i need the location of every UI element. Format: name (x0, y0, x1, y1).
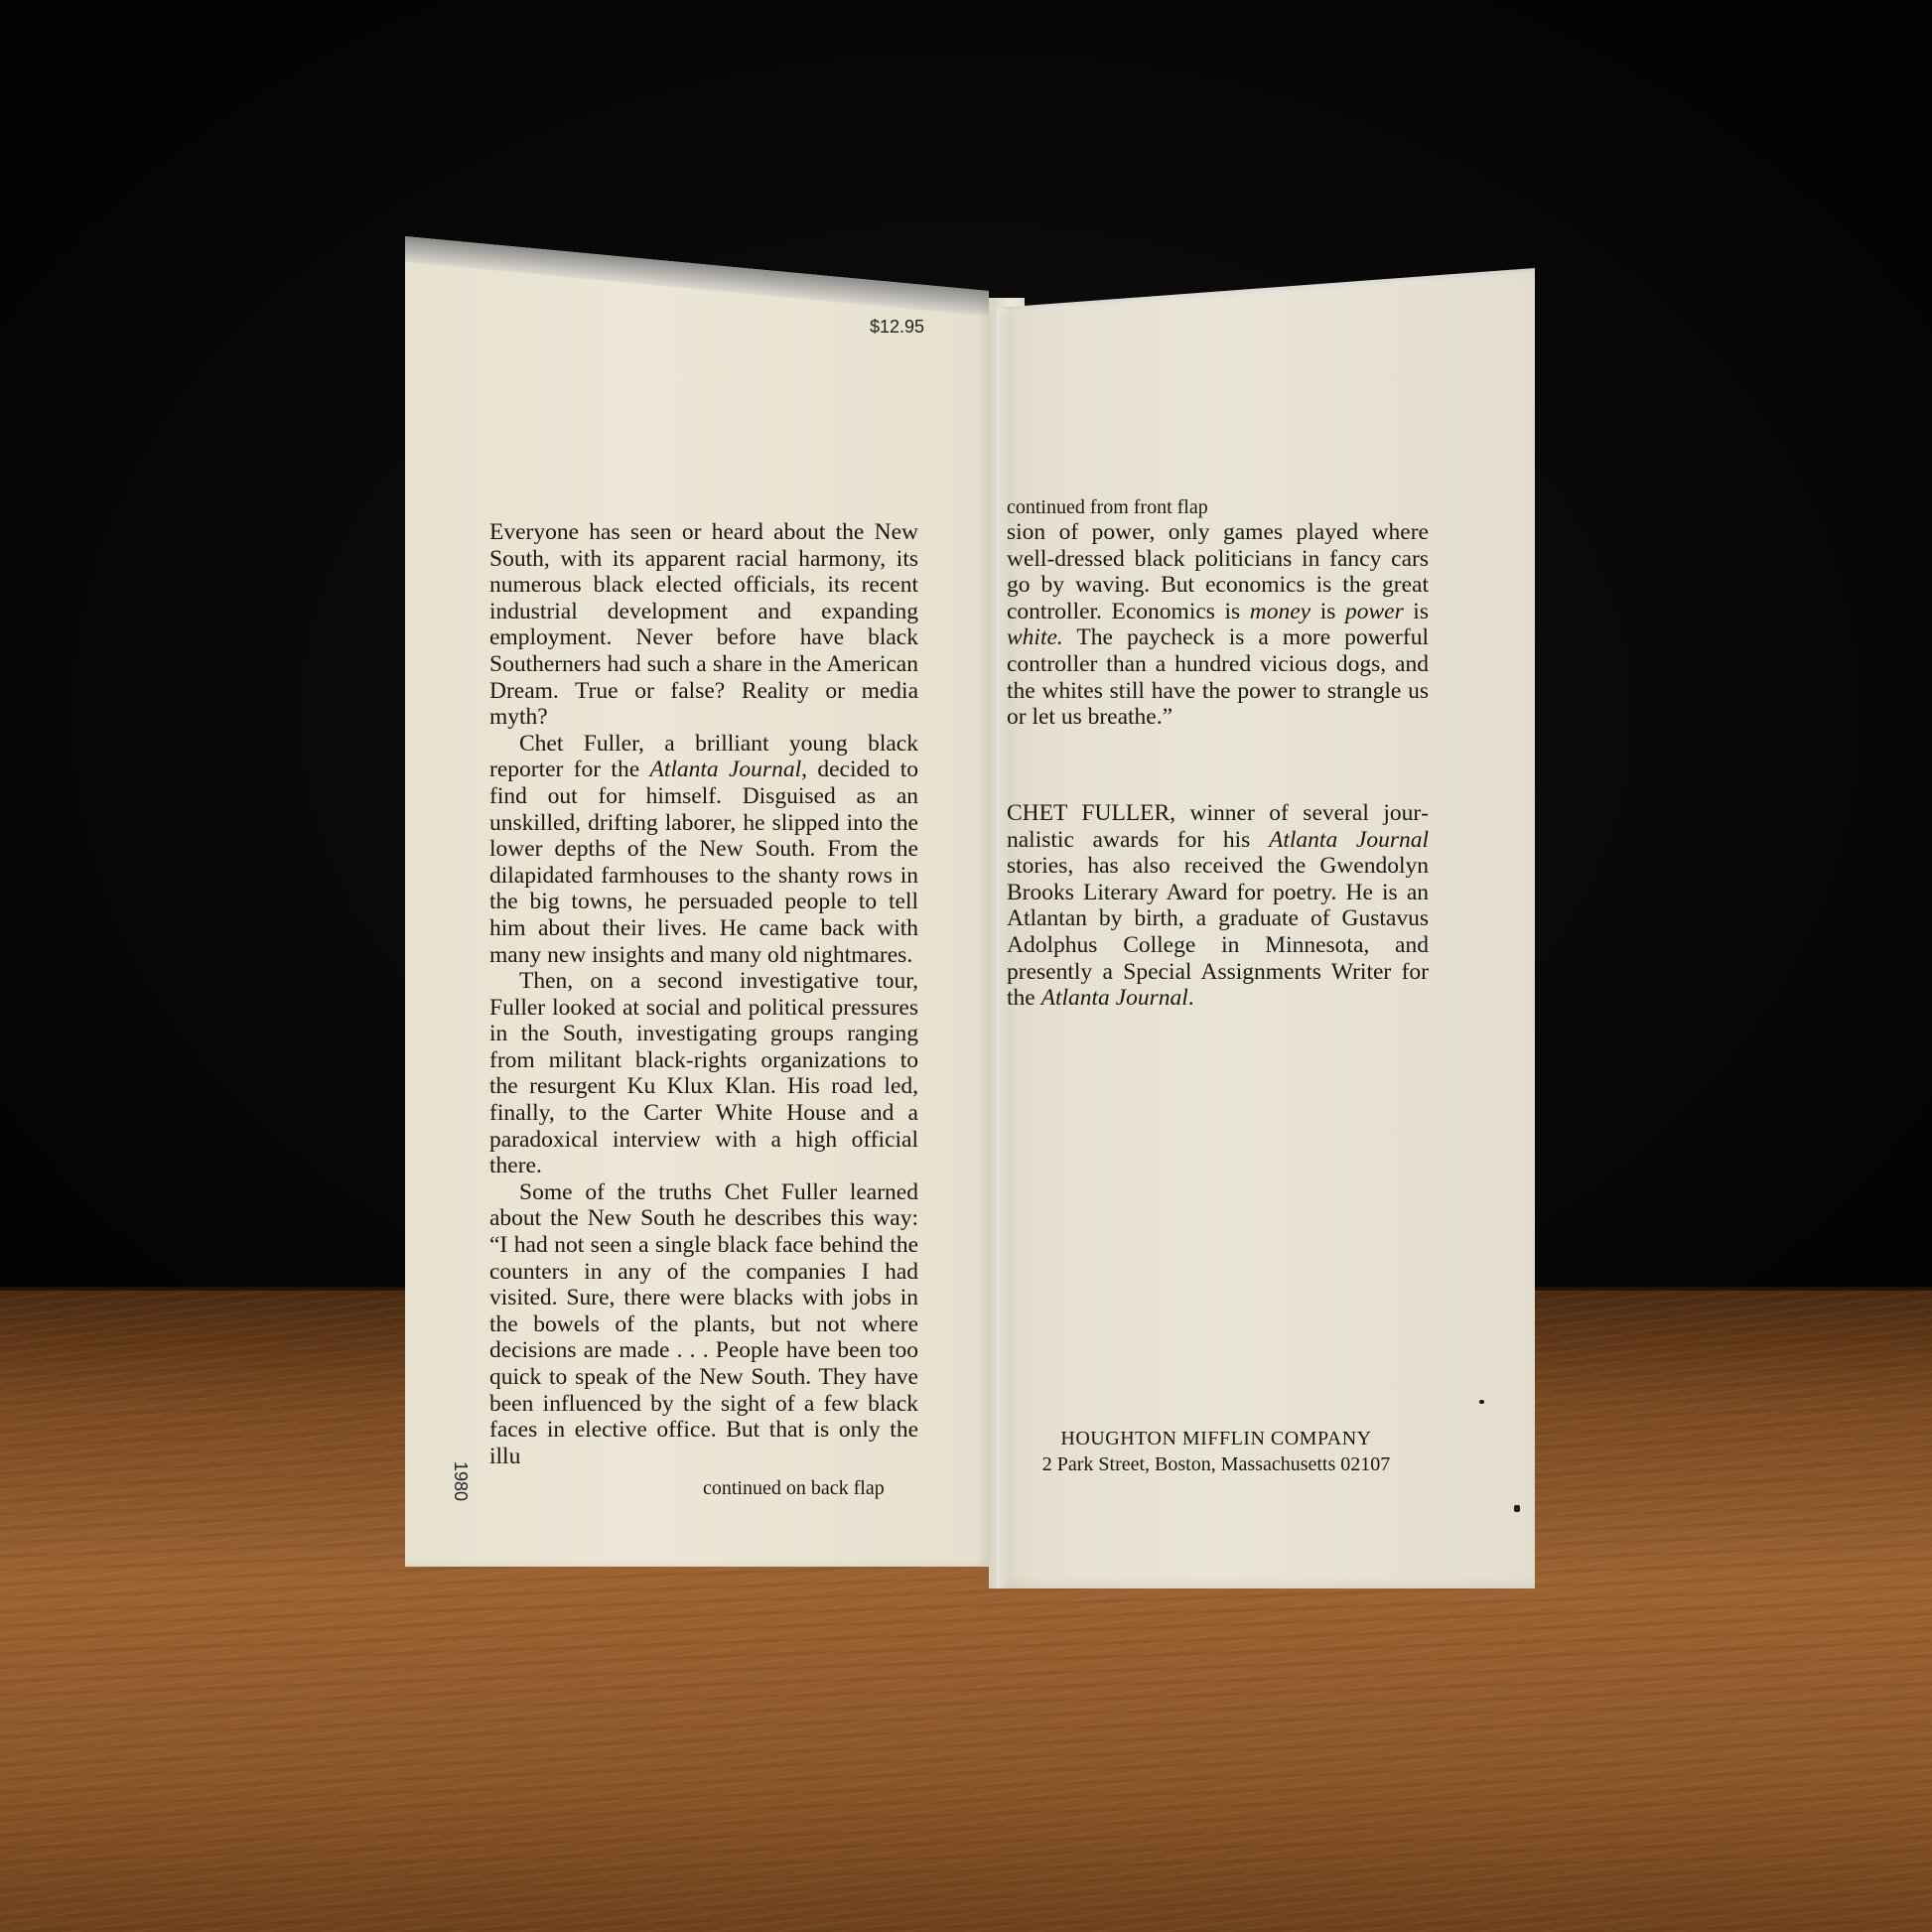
publication-title: Atlanta Journal (649, 757, 801, 782)
front-flap-blurb: Everyone has seen or heard about the New… (489, 519, 918, 1469)
blurb-paragraph-4: Some of the truths Chet Fuller learned a… (489, 1179, 918, 1470)
publisher-name: HOUGHTON MIFFLIN COMPANY (1003, 1426, 1430, 1451)
continued-from-front-flap-note: continued from front flap (1007, 496, 1208, 519)
author-bio: CHET FULLER, winner of several jour­nali… (1007, 800, 1429, 1012)
back-flap-quote: sion of power, only games played where w… (1007, 519, 1429, 731)
bio-paragraph: CHET FULLER, winner of several jour­nali… (1007, 800, 1429, 1012)
quote-paragraph: sion of power, only games played where w… (1007, 519, 1429, 731)
blurb-paragraph-1: Everyone has seen or heard about the New… (489, 519, 918, 731)
publisher-imprint: HOUGHTON MIFFLIN COMPANY 2 Park Street, … (1003, 1426, 1430, 1477)
blurb-paragraph-3: Then, on a second investigative tour, Fu… (489, 968, 918, 1179)
flap-code: 1980 (450, 1461, 471, 1501)
publisher-address: 2 Park Street, Boston, Massachusetts 021… (1003, 1451, 1430, 1477)
paper-blemish (1514, 1505, 1520, 1512)
continued-on-back-flap-note: continued on back flap (703, 1477, 885, 1500)
paper-blemish (1479, 1400, 1484, 1404)
blurb-paragraph-2: Chet Fuller, a brilliant young black rep… (489, 731, 918, 968)
price-label: $12.95 (870, 317, 924, 338)
